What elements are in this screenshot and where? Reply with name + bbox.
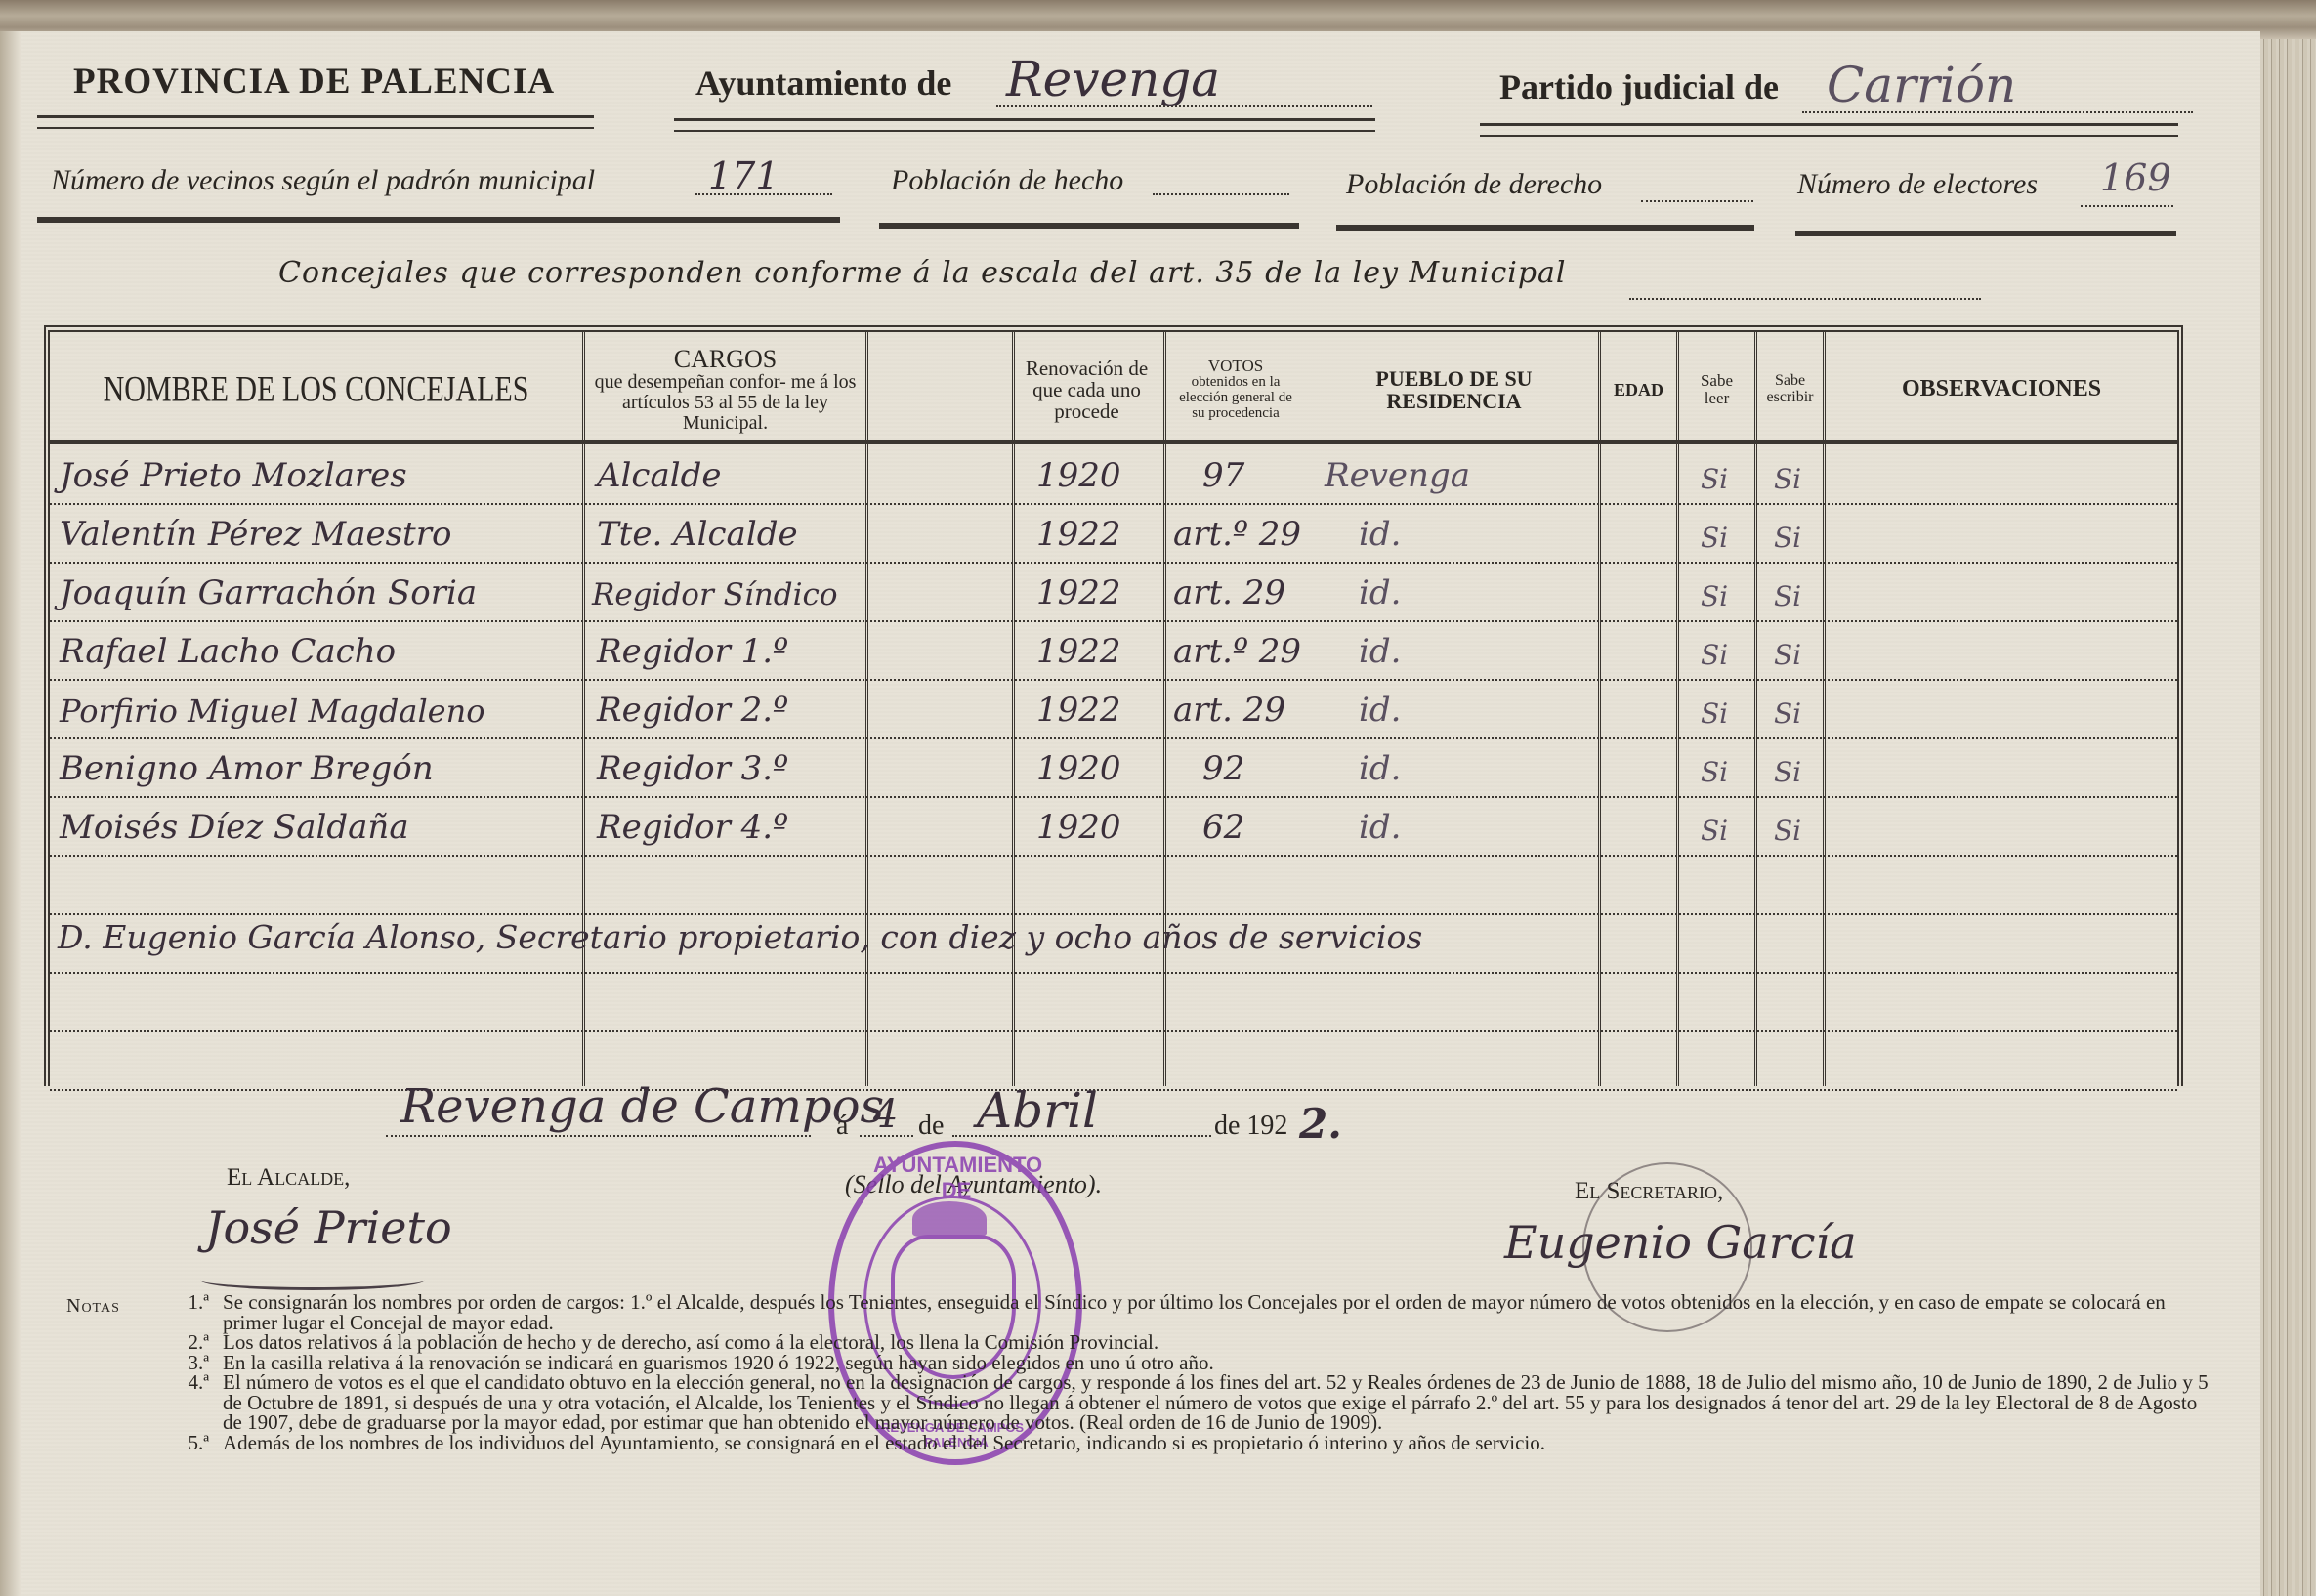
alcalde-label: El Alcalde, bbox=[227, 1164, 350, 1192]
month-value: Abril bbox=[977, 1082, 1098, 1139]
cell-observaciones bbox=[1837, 562, 2169, 618]
note-number: 3.ª bbox=[145, 1353, 223, 1373]
cell-pueblo: id. bbox=[1359, 503, 1583, 560]
cell-nombre: Porfirio Miguel Magdaleno bbox=[60, 679, 582, 735]
cell-sabe-leer: Si bbox=[1701, 679, 1749, 735]
date-a-label: á bbox=[836, 1111, 848, 1142]
cell-sabe-escribir: Si bbox=[1774, 444, 1823, 501]
date-de-label: de bbox=[918, 1111, 944, 1142]
cell-votos: 97 bbox=[1202, 444, 1300, 501]
cell-votos: 62 bbox=[1202, 796, 1300, 853]
cell-cargo: Regidor Síndico bbox=[592, 562, 861, 618]
cell-votos: art.º 29 bbox=[1173, 620, 1300, 677]
cell-cargo: Alcalde bbox=[597, 444, 861, 501]
year-suffix: 2. bbox=[1299, 1100, 1342, 1148]
note-item: 2.ªLos datos relativos á la población de… bbox=[66, 1332, 2215, 1353]
cell-nombre: Rafael Lacho Cacho bbox=[60, 620, 582, 677]
cell-pueblo: id. bbox=[1359, 737, 1583, 794]
cell-nombre: Joaquín Garrachón Soria bbox=[60, 562, 582, 618]
vecinos-label: Número de vecinos según el padrón munici… bbox=[51, 164, 595, 197]
cell-renovacion: 1922 bbox=[1036, 620, 1154, 677]
vecinos-rule bbox=[37, 217, 840, 223]
cell-pueblo: id. bbox=[1359, 620, 1583, 677]
cell-nombre: Moisés Díez Saldaña bbox=[60, 796, 582, 853]
place-dotted-field bbox=[386, 1135, 811, 1137]
cell-sabe-escribir: Si bbox=[1774, 796, 1823, 853]
cell-nombre: José Prieto Mozlares bbox=[60, 444, 582, 501]
header-cargos-title: CARGOS bbox=[674, 346, 777, 372]
cell-edad bbox=[1608, 562, 1671, 618]
cell-observaciones bbox=[1837, 679, 2169, 735]
note-number: 1.ª bbox=[145, 1292, 223, 1332]
table-row bbox=[50, 855, 2177, 915]
cell-sabe-leer: Si bbox=[1701, 620, 1749, 677]
cell-pueblo: id. bbox=[1359, 796, 1583, 853]
day-value: 4 bbox=[873, 1092, 898, 1137]
table-row: Rafael Lacho Cacho Regidor 1.º 1922 art.… bbox=[50, 620, 2177, 681]
vecinos-value: 171 bbox=[708, 154, 779, 197]
poblacion-derecho-rule bbox=[1336, 225, 1754, 231]
table-row bbox=[50, 1030, 2177, 1091]
header-edad: EDAD bbox=[1601, 340, 1676, 440]
poblacion-derecho-field bbox=[1641, 200, 1753, 202]
alcalde-signature: José Prieto bbox=[205, 1201, 452, 1254]
cell-edad bbox=[1608, 444, 1671, 501]
note-item: 3.ªEn la casilla relativa á la renovació… bbox=[66, 1353, 2215, 1373]
ayuntamiento-value: Revenga bbox=[1006, 51, 1220, 107]
cell-edad bbox=[1608, 620, 1671, 677]
header-renovacion: Renovación de que cada uno procede bbox=[1015, 340, 1158, 440]
note-text: En la casilla relativa á la renovación s… bbox=[223, 1353, 2215, 1373]
partido-rule bbox=[1480, 123, 2178, 137]
electores-rule bbox=[1795, 231, 2176, 236]
note-text: El número de votos es el que el candidat… bbox=[223, 1372, 2215, 1433]
cell-cargo: Regidor 1.º bbox=[597, 620, 861, 677]
note-text: Se consignarán los nombres por orden de … bbox=[223, 1292, 2215, 1332]
poblacion-hecho-label: Población de hecho bbox=[891, 164, 1123, 197]
page-stack-edge bbox=[2260, 39, 2316, 1596]
cell-pueblo: id. bbox=[1359, 679, 1583, 735]
header-sabe-escribir: Sabe escribir bbox=[1757, 340, 1823, 440]
note-item: 4.ªEl número de votos es el que el candi… bbox=[66, 1372, 2215, 1433]
poblacion-hecho-rule bbox=[879, 223, 1299, 229]
cell-sabe-leer: Si bbox=[1701, 796, 1749, 853]
note-item: 1.ªSe consignarán los nombres por orden … bbox=[66, 1292, 2215, 1332]
crown-icon bbox=[912, 1201, 987, 1237]
cell-votos: art.º 29 bbox=[1173, 503, 1300, 560]
table-row bbox=[50, 972, 2177, 1032]
note-text: Además de los nombres de los individuos … bbox=[223, 1433, 2215, 1453]
cell-sabe-escribir: Si bbox=[1774, 737, 1823, 794]
cell-sabe-leer: Si bbox=[1701, 503, 1749, 560]
cell-votos: art. 29 bbox=[1173, 679, 1300, 735]
place-value: Revenga de Campos bbox=[400, 1079, 884, 1134]
province-title: PROVINCIA DE PALENCIA bbox=[73, 61, 555, 103]
cell-cargo: Regidor 3.º bbox=[597, 737, 861, 794]
note-number: 2.ª bbox=[145, 1332, 223, 1353]
cell-edad bbox=[1608, 503, 1671, 560]
cell-edad bbox=[1608, 796, 1671, 853]
cell-cargo: Regidor 4.º bbox=[597, 796, 861, 853]
poblacion-derecho-label: Población de derecho bbox=[1346, 168, 1602, 201]
partido-value: Carrión bbox=[1827, 57, 2016, 113]
cell-observaciones bbox=[1837, 444, 2169, 501]
note-item: 5.ªAdemás de los nombres de los individu… bbox=[66, 1433, 2215, 1453]
cell-sabe-leer: Si bbox=[1701, 562, 1749, 618]
seal-text-top: AYUNTAMIENTO DE bbox=[873, 1153, 1039, 1203]
cell-renovacion: 1920 bbox=[1036, 444, 1154, 501]
note-text: Los datos relativos á la población de he… bbox=[223, 1332, 2215, 1353]
cell-renovacion: 1920 bbox=[1036, 796, 1154, 853]
secretary-entry: D. Eugenio García Alonso, Secretario pro… bbox=[58, 918, 1422, 956]
electores-value: 169 bbox=[2100, 156, 2171, 199]
cell-renovacion: 1922 bbox=[1036, 503, 1154, 560]
header-observaciones: OBSERVACIONES bbox=[1826, 340, 2177, 440]
electores-label: Número de electores bbox=[1797, 168, 2038, 201]
cell-cargo: Regidor 2.º bbox=[597, 679, 861, 735]
cell-votos: art. 29 bbox=[1173, 562, 1300, 618]
cell-nombre: Benigno Amor Bregón bbox=[60, 737, 582, 794]
table-row: José Prieto Mozlares Alcalde 1920 97 Rev… bbox=[50, 444, 2177, 505]
table-row: Joaquín Garrachón Soria Regidor Síndico … bbox=[50, 562, 2177, 622]
cell-pueblo: Revenga bbox=[1325, 444, 1588, 501]
cell-sabe-escribir: Si bbox=[1774, 620, 1823, 677]
cell-cargo: Tte. Alcalde bbox=[597, 503, 861, 560]
concejales-table: NOMBRE DE LOS CONCEJALES CARGOS que dese… bbox=[44, 325, 2183, 1086]
table-row: Porfirio Miguel Magdaleno Regidor 2.º 19… bbox=[50, 679, 2177, 739]
cell-sabe-leer: Si bbox=[1701, 737, 1749, 794]
poblacion-hecho-field bbox=[1153, 193, 1289, 195]
cell-renovacion: 1922 bbox=[1036, 679, 1154, 735]
table-row: Valentín Pérez Maestro Tte. Alcalde 1922… bbox=[50, 503, 2177, 564]
cell-sabe-leer: Si bbox=[1701, 444, 1749, 501]
table-row: Benigno Amor Bregón Regidor 3.º 1920 92 … bbox=[50, 737, 2177, 798]
cell-sabe-escribir: Si bbox=[1774, 562, 1823, 618]
alcalde-signature-flourish bbox=[200, 1270, 425, 1290]
cell-sabe-escribir: Si bbox=[1774, 679, 1823, 735]
cell-observaciones bbox=[1837, 737, 2169, 794]
cell-renovacion: 1920 bbox=[1036, 737, 1154, 794]
cell-pueblo: id. bbox=[1359, 562, 1583, 618]
cell-edad bbox=[1608, 737, 1671, 794]
year-prefix: de 192 bbox=[1214, 1111, 1287, 1142]
header-sabe-leer: Sabe leer bbox=[1679, 340, 1754, 440]
ayuntamiento-label: Ayuntamiento de bbox=[695, 63, 951, 104]
cell-edad bbox=[1608, 679, 1671, 735]
page-gutter-shadow bbox=[0, 31, 21, 1596]
cell-nombre: Valentín Pérez Maestro bbox=[60, 503, 582, 560]
cell-observaciones bbox=[1837, 503, 2169, 560]
header-cargos: CARGOS que desempeñan confor- me á los a… bbox=[585, 340, 865, 440]
cell-observaciones bbox=[1837, 796, 2169, 853]
note-number: 5.ª bbox=[145, 1433, 223, 1453]
header-pueblo: PUEBLO DE SU RESIDENCIA bbox=[1310, 340, 1598, 440]
partido-label: Partido judicial de bbox=[1499, 66, 1779, 107]
note-number: 4.ª bbox=[145, 1372, 223, 1433]
cell-observaciones bbox=[1837, 620, 2169, 677]
cell-sabe-escribir: Si bbox=[1774, 503, 1823, 560]
table-row: Moisés Díez Saldaña Regidor 4.º 1920 62 … bbox=[50, 796, 2177, 857]
header-cargos-sub: que desempeñan confor- me á los artículo… bbox=[585, 372, 865, 434]
header-nombre: NOMBRE DE LOS CONCEJALES bbox=[50, 327, 582, 452]
concejales-escala-field bbox=[1629, 298, 1981, 300]
ayuntamiento-rule bbox=[674, 118, 1375, 132]
cell-votos: 92 bbox=[1202, 737, 1300, 794]
concejales-escala-label: Concejales que corresponden conforme á l… bbox=[278, 256, 1567, 290]
province-rule bbox=[37, 115, 594, 129]
electores-dotted-field bbox=[2081, 205, 2173, 207]
notes-list: 1.ªSe consignarán los nombres por orden … bbox=[66, 1292, 2215, 1452]
cell-renovacion: 1922 bbox=[1036, 562, 1154, 618]
